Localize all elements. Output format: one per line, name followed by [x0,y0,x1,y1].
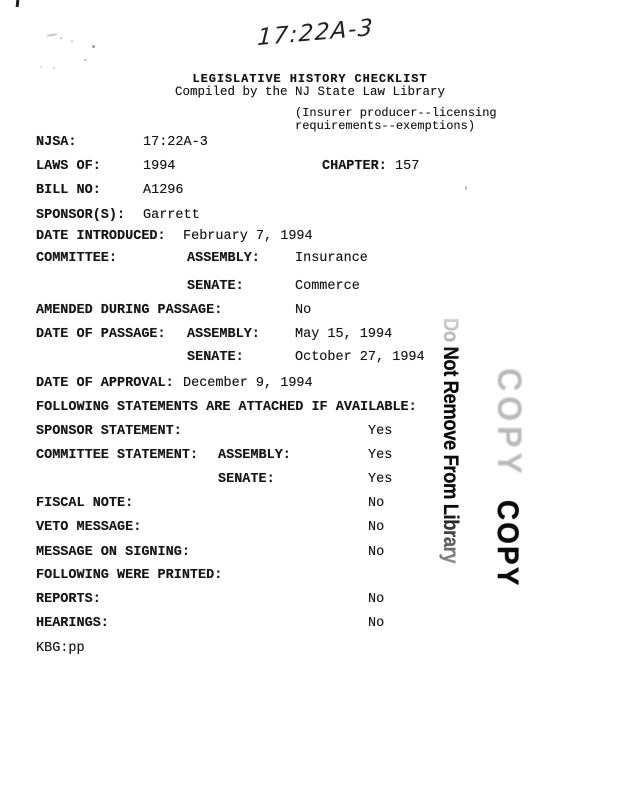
pencil-smudge [60,37,62,39]
scan-ink-mark [16,0,20,7]
section-header-printed: FOLLOWING WERE PRINTED: [0,569,620,585]
field-row-date-introduced: DATE INTRODUCED: February 7, 1994 [0,230,620,246]
field-label: DATE INTRODUCED: [36,230,166,244]
copy-stamp-ghost: COPY [489,368,528,479]
handwritten-citation: 17:22A-3 [257,17,375,50]
field-row-reports: REPORTS: No [0,593,620,609]
field-label: AMENDED DURING PASSAGE: [36,304,222,318]
pencil-smudge [53,67,55,69]
sublabel-senate: SENATE: [218,473,275,487]
field-label: LAWS OF: [36,160,101,174]
document-title: LEGISLATIVE HISTORY CHECKLIST [0,72,620,86]
stamp-main-text: Not Remove From Library [439,346,462,563]
field-value: No [368,546,384,560]
sublabel-assembly: ASSEMBLY: [187,252,260,266]
scanned-document-page: 17:22A-3 LEGISLATIVE HISTORY CHECKLIST C… [0,0,620,800]
field-row-njsa: NJSA: 17:22A-3 [0,136,620,152]
field-value: No [368,521,384,535]
field-label: SPONSOR STATEMENT: [36,425,182,439]
field-value: Garrett [143,209,200,223]
subject-note-line2: requirements--exemptions) [295,119,475,133]
field-label: COMMITTEE: [36,252,117,266]
field-value: 1994 [143,160,175,174]
field-label: NJSA: [36,136,77,150]
field-row-committee-senate: SENATE: Commerce [0,280,620,296]
field-value: No [368,593,384,607]
typist-initials: KBG:pp [36,642,85,656]
section-header-text: FOLLOWING WERE PRINTED: [36,569,222,583]
field-label: HEARINGS: [36,617,109,631]
field-row-fiscal-note: FISCAL NOTE: No [0,497,620,513]
field-value: 17:22A-3 [143,136,208,150]
pencil-smudge [40,66,42,68]
document-subtitle: Compiled by the NJ State Law Library [0,85,620,99]
field-value: No [295,304,311,318]
field-row-sponsors: SPONSOR(S): Garrett [0,209,620,225]
sublabel-assembly: ASSEMBLY: [187,328,260,342]
field-label: DATE OF PASSAGE: [36,328,166,342]
field-value: A1296 [143,184,184,198]
field-value: Yes [368,425,392,439]
pencil-smudge [92,45,95,48]
field-row-veto-message: VETO MESSAGE: No [0,521,620,537]
field-label: SPONSOR(S): [36,209,125,223]
pencil-smudge [47,33,57,36]
field-label: DATE OF APPROVAL: [36,377,174,391]
field-value-chapter: 157 [395,160,419,174]
field-value: Yes [368,473,392,487]
subject-note: (Insurer producer--licensing requirement… [295,107,497,132]
field-label: MESSAGE ON SIGNING: [36,546,190,560]
field-label: VETO MESSAGE: [36,521,141,535]
sublabel-senate: SENATE: [187,280,244,294]
field-value: Yes [368,449,392,463]
field-value: October 27, 1994 [295,351,425,365]
field-row-passage-senate: SENATE: October 27, 1994 [0,351,620,367]
field-label: BILL NO: [36,184,101,198]
field-value: February 7, 1994 [183,230,313,244]
field-row-laws-of: LAWS OF: 1994 CHAPTER: 157 [0,160,620,176]
field-label: COMMITTEE STATEMENT: [36,449,198,463]
field-value: December 9, 1994 [183,377,313,391]
field-value: No [368,617,384,631]
sublabel-senate: SENATE: [187,351,244,365]
field-value: Insurance [295,252,368,266]
section-header-text: FOLLOWING STATEMENTS ARE ATTACHED IF AVA… [36,401,417,415]
field-row-bill-no: BILL NO: A1296 [0,184,620,200]
field-label: REPORTS: [36,593,101,607]
sublabel-assembly: ASSEMBLY: [218,449,291,463]
field-row-message-on-signing: MESSAGE ON SIGNING: No [0,546,620,562]
field-row-passage-assembly: DATE OF PASSAGE: ASSEMBLY: May 15, 1994 [0,328,620,344]
stamp-faded-prefix: Do [439,318,462,346]
field-row-hearings: HEARINGS: No [0,617,620,633]
pencil-smudge [71,40,73,42]
field-row-amended: AMENDED DURING PASSAGE: No [0,304,620,320]
field-value: Commerce [295,280,360,294]
field-label: FISCAL NOTE: [36,497,133,511]
field-value: No [368,497,384,511]
pencil-smudge [84,59,87,61]
do-not-remove-stamp: Do Not Remove From Library [438,318,462,563]
field-label-chapter: CHAPTER: [322,160,387,174]
copy-stamp: COPY [490,500,524,587]
field-row-committee-assembly: COMMITTEE: ASSEMBLY: Insurance [0,252,620,268]
field-value: May 15, 1994 [295,328,392,342]
field-row-initials: KBG:pp [0,642,620,658]
